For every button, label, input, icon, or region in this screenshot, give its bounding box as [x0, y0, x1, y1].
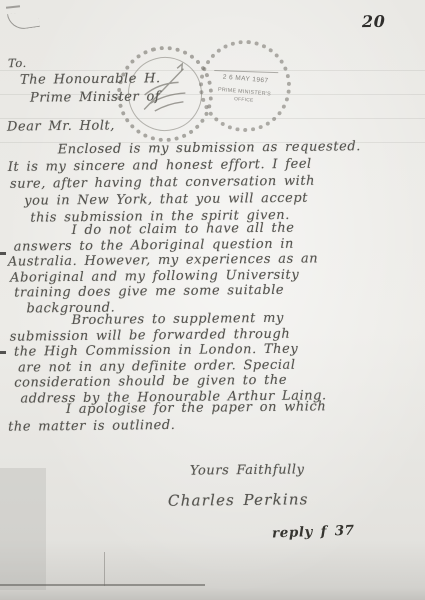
scan-edge-mark	[0, 252, 6, 255]
paragraph-2: I do not claim to have all the answers t…	[8, 220, 319, 316]
page-curl-mark	[7, 10, 40, 31]
letter-line: training does give me some suitable	[14, 282, 318, 301]
scan-shadow-patch	[0, 468, 46, 590]
stamp-rim	[195, 36, 295, 136]
scanned-letter-page: 20 2 6 MAY 1967 PRIME MINISTER'S OFFICE …	[0, 0, 425, 600]
closing: Yours Faithfully	[190, 462, 305, 478]
archival-annotation: reply f 37	[272, 523, 355, 542]
letter-line: Enclosed is my submission as requested.	[58, 138, 361, 158]
recipient-line1: The Honourable H.	[20, 71, 161, 87]
to-label: To.	[8, 56, 27, 70]
letter-line: the matter is outlined.	[8, 415, 326, 435]
letter-line: I apologise for the paper on which	[66, 398, 326, 418]
paragraph-3: Brochures to supplement my submission wi…	[8, 310, 327, 406]
scan-edge-mark	[0, 351, 6, 354]
page-number: 20	[362, 12, 386, 31]
scan-fold-line	[0, 584, 205, 586]
date-received-stamp: 2 6 MAY 1967 PRIME MINISTER'S OFFICE	[195, 36, 295, 136]
torn-corner-mark	[6, 5, 20, 8]
salutation: Dear Mr. Holt,	[7, 118, 115, 134]
paragraph-4: I apologise for the paper on which the m…	[8, 398, 327, 435]
paragraph-1: Enclosed is my submission as requested. …	[8, 138, 362, 227]
recipient-line2: Prime Minister of	[30, 89, 160, 105]
signature: Charles Perkins	[168, 490, 309, 509]
scan-fold-mark	[104, 552, 105, 586]
letter-line: I do not claim to have all the	[72, 220, 318, 238]
